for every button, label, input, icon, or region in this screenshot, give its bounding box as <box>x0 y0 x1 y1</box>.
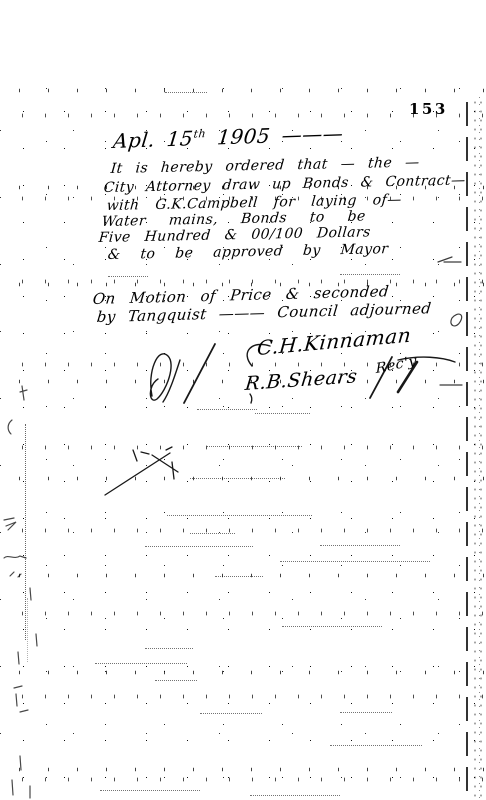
ruled-line-fragment <box>108 276 148 277</box>
ruled-line-fragment <box>340 274 400 275</box>
ruled-line-fragment <box>190 478 285 479</box>
ruled-line-fragment <box>280 561 430 562</box>
ruled-line-fragment <box>200 713 262 714</box>
handwritten-stroke-marks <box>0 0 486 800</box>
ruled-line-fragment <box>215 576 263 577</box>
ruled-line-fragment <box>165 92 207 93</box>
clerk-signature: C.H.Kinnaman <box>256 323 412 360</box>
document-page: 153 Apl. 15th 1905 ——— It is hereby orde… <box>0 0 486 800</box>
ruled-line-fragment <box>95 663 187 664</box>
binding-edge-line <box>466 102 468 798</box>
ruled-line-fragment <box>330 745 422 746</box>
ruled-line-fragment <box>320 545 400 546</box>
margin-scratches <box>4 386 37 798</box>
pencil-x-mark <box>105 447 178 495</box>
scan-noise-overlay <box>0 86 486 800</box>
ruled-line-fragment <box>145 648 193 649</box>
council-member-signature: R.B.Shears <box>244 365 358 395</box>
date-day: Apl. 15 <box>112 126 194 153</box>
ruled-line-fragment <box>100 790 200 791</box>
ruled-line-fragment <box>167 515 312 516</box>
margin-rule <box>25 424 26 640</box>
date-line: Apl. 15th 1905 ——— <box>112 121 345 153</box>
ruled-line-fragment <box>282 626 382 627</box>
ruled-line-fragment <box>255 413 310 414</box>
page-number: 153 <box>409 100 448 118</box>
ruled-line-fragment <box>250 795 340 796</box>
ruled-line-fragment <box>155 680 197 681</box>
ruled-line-fragment <box>207 446 302 447</box>
ruled-line-fragment <box>197 409 257 410</box>
clerk-title: Rec'y <box>375 353 417 377</box>
signature-scribble <box>150 344 251 403</box>
margin-rule <box>27 598 28 662</box>
ruled-line-fragment <box>340 712 392 713</box>
edge-scratches <box>438 257 462 385</box>
date-year: 1905 ——— <box>204 121 344 150</box>
ruled-line-fragment <box>190 533 235 534</box>
ruled-line-fragment <box>145 546 253 547</box>
binding-noise-band <box>471 96 486 800</box>
